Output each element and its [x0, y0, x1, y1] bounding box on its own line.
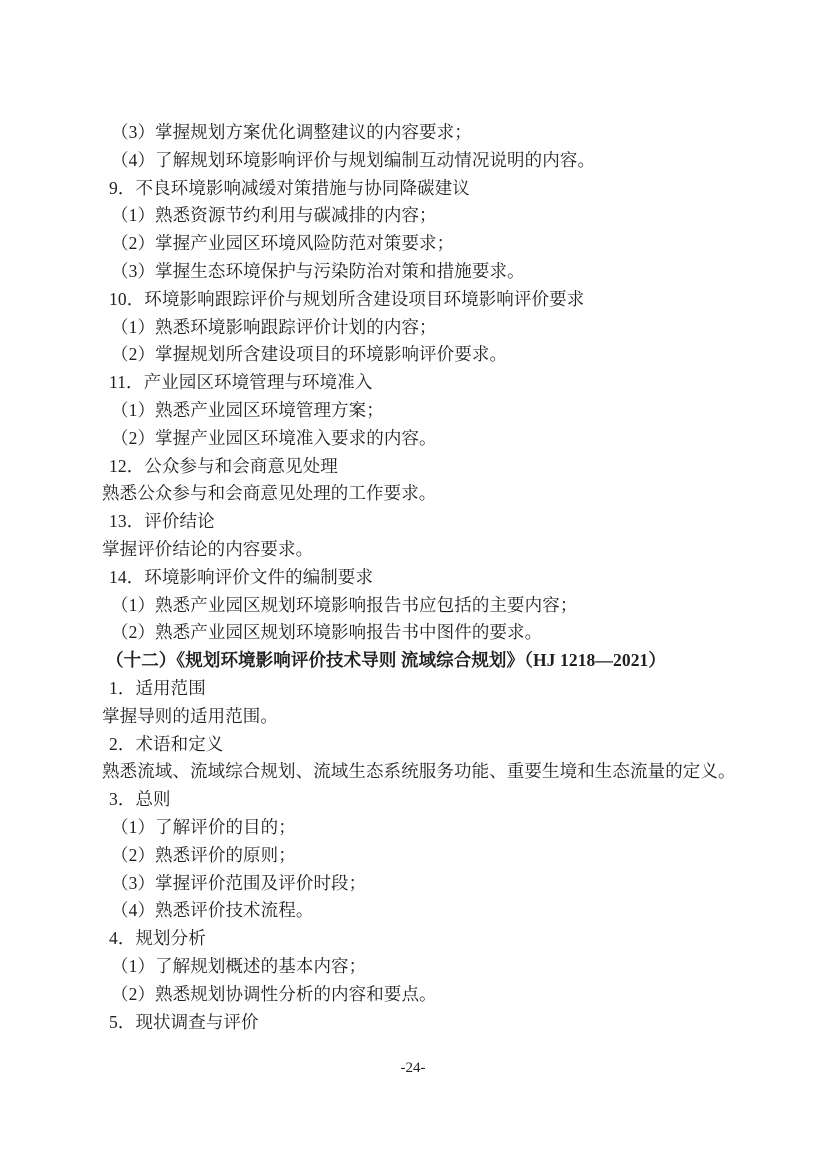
doc-line: （1）熟悉资源节约利用与碳减排的内容；	[102, 202, 782, 230]
doc-line: （2）熟悉规划协调性分析的内容和要点。	[102, 981, 782, 1009]
document-page: （3）掌握规划方案优化调整建议的内容要求； （4）了解规划环境影响评价与规划编制…	[0, 0, 826, 1169]
doc-line: （2）熟悉产业园区规划环境影响报告书中图件的要求。	[102, 619, 782, 647]
doc-line: 掌握评价结论的内容要求。	[102, 536, 782, 564]
doc-line-item-1: 1．适用范围	[102, 675, 782, 703]
doc-line: 熟悉流域、流域综合规划、流域生态系统服务功能、重要生境和生态流量的定义。	[102, 758, 782, 786]
doc-line-item-5: 5．现状调查与评价	[102, 1009, 782, 1037]
doc-line-item-10: 10．环境影响跟踪评价与规划所含建设项目环境影响评价要求	[102, 286, 782, 314]
section-heading: （十二）《规划环境影响评价技术导则 流域综合规划》（HJ 1218—2021）	[102, 647, 782, 675]
doc-line-item-9: 9．不良环境影响减缓对策措施与协同降碳建议	[102, 175, 782, 203]
document-body: （3）掌握规划方案优化调整建议的内容要求； （4）了解规划环境影响评价与规划编制…	[102, 119, 782, 1036]
doc-line-item-12: 12．公众参与和会商意见处理	[102, 453, 782, 481]
doc-line: （1）熟悉环境影响跟踪评价计划的内容；	[102, 314, 782, 342]
doc-line-item-14: 14．环境影响评价文件的编制要求	[102, 564, 782, 592]
doc-line: （2）掌握规划所含建设项目的环境影响评价要求。	[102, 341, 782, 369]
doc-line: （3）掌握生态环境保护与污染防治对策和措施要求。	[102, 258, 782, 286]
doc-line: （2）掌握产业园区环境风险防范对策要求；	[102, 230, 782, 258]
doc-line: （3）掌握评价范围及评价时段；	[102, 870, 782, 898]
doc-line: （1）熟悉产业园区环境管理方案；	[102, 397, 782, 425]
doc-line-item-11: 11．产业园区环境管理与环境准入	[102, 369, 782, 397]
doc-line: （1）了解规划概述的基本内容；	[102, 953, 782, 981]
doc-line: （4）熟悉评价技术流程。	[102, 897, 782, 925]
page-number: -24-	[0, 1060, 826, 1077]
doc-line: （1）熟悉产业园区规划环境影响报告书应包括的主要内容；	[102, 592, 782, 620]
doc-line: （1）了解评价的目的；	[102, 814, 782, 842]
doc-line: （2）掌握产业园区环境准入要求的内容。	[102, 425, 782, 453]
doc-line-item-4: 4．规划分析	[102, 925, 782, 953]
doc-line-item-3: 3．总则	[102, 786, 782, 814]
doc-line: 熟悉公众参与和会商意见处理的工作要求。	[102, 480, 782, 508]
doc-line: 掌握导则的适用范围。	[102, 703, 782, 731]
doc-line-item-13: 13．评价结论	[102, 508, 782, 536]
doc-line-item-2: 2．术语和定义	[102, 731, 782, 759]
doc-line: （4）了解规划环境影响评价与规划编制互动情况说明的内容。	[102, 147, 782, 175]
doc-line: （3）掌握规划方案优化调整建议的内容要求；	[102, 119, 782, 147]
doc-line: （2）熟悉评价的原则；	[102, 842, 782, 870]
